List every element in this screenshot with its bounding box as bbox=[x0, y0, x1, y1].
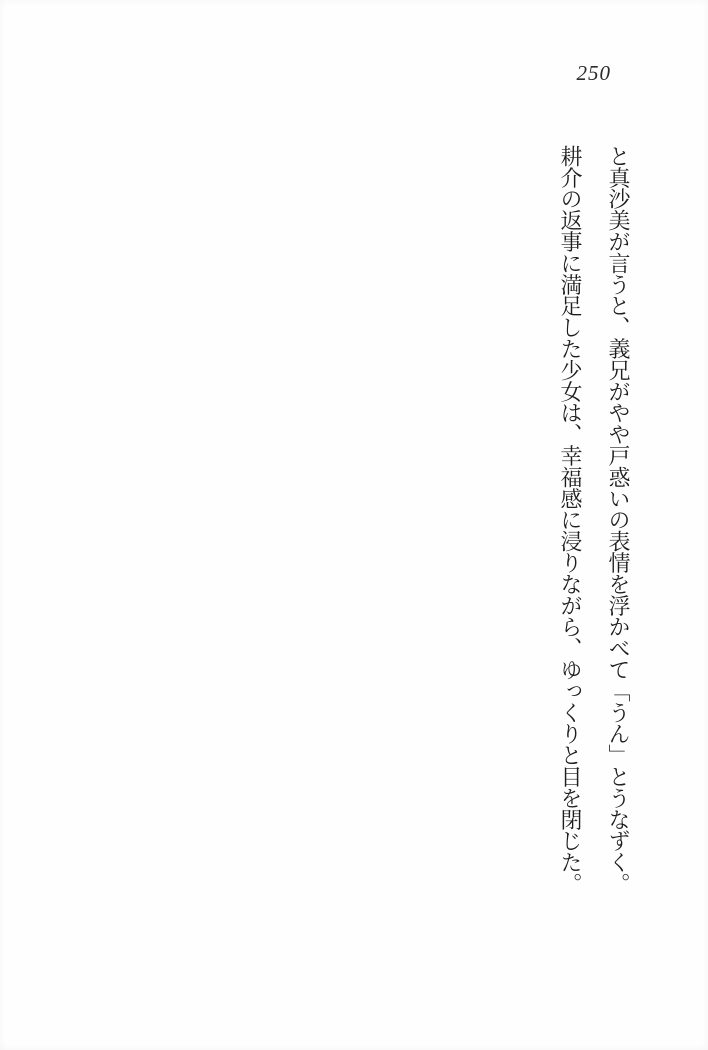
page-number: 250 bbox=[577, 63, 612, 84]
book-page: 250 と真沙美が言うと、義兄がやや戸惑いの表情を浮かべて「うん」とうなずく。 … bbox=[0, 0, 708, 1050]
body-text: と真沙美が言うと、義兄がやや戸惑いの表情を浮かべて「うん」とうなずく。 耕介の返… bbox=[546, 145, 642, 945]
text-line-1: と真沙美が言うと、義兄がやや戸惑いの表情を浮かべて「うん」とうなずく。 bbox=[594, 145, 642, 945]
text-line-2: 耕介の返事に満足した少女は、幸福感に浸りながら、ゆっくりと目を閉じた。 bbox=[546, 145, 594, 945]
